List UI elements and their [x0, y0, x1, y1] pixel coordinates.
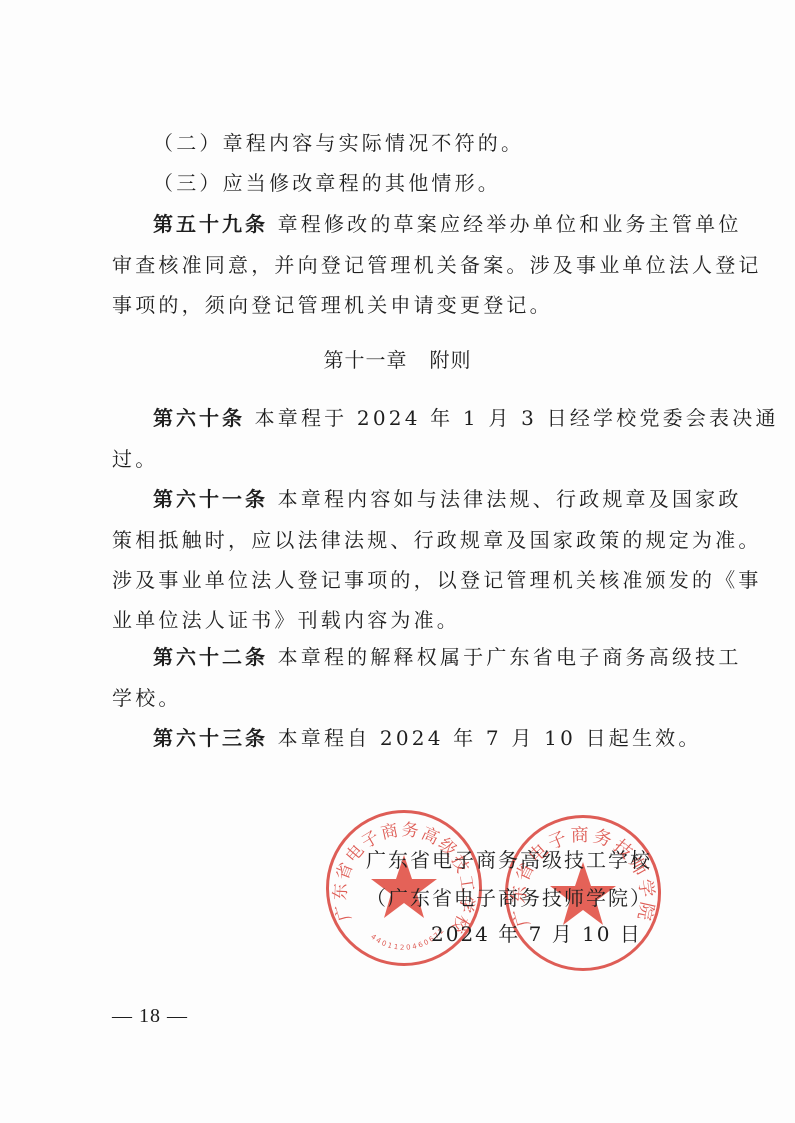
- article-62-line-1: 第六十二条 本章程的解释权属于广东省电子商务高级技工: [153, 643, 743, 671]
- article-63-line-1: 第六十三条 本章程自 2024 年 7 月 10 日起生效。: [153, 724, 743, 752]
- article-61-line-4: 业单位法人证书》刊载内容为准。: [112, 606, 702, 634]
- article-59-label: 第五十九条: [153, 212, 268, 236]
- article-59-line-2: 审查核准同意，并向登记管理机关备案。涉及事业单位法人登记: [112, 251, 702, 279]
- page-number: — 18 —: [112, 1005, 188, 1028]
- article-60-label: 第六十条: [153, 406, 245, 430]
- document-page: （二）章程内容与实际情况不符的。 （三）应当修改章程的其他情形。 第五十九条 章…: [0, 0, 795, 1123]
- clause-item-3: （三）应当修改章程的其他情形。: [153, 169, 743, 197]
- article-62-line-2: 学校。: [112, 684, 702, 712]
- article-61-line-1: 第六十一条 本章程内容如与法律法规、行政规章及国家政: [153, 485, 743, 513]
- article-59-line-3: 事项的，须向登记管理机关申请变更登记。: [112, 291, 702, 319]
- article-59-line-1: 第五十九条 章程修改的草案应经举办单位和业务主管单位: [153, 210, 743, 238]
- article-62-label: 第六十二条: [153, 645, 268, 669]
- article-61-label: 第六十一条: [153, 487, 268, 511]
- article-61-line-2: 策相抵触时，应以法律法规、行政规章及国家政策的规定为准。: [112, 526, 702, 554]
- signature-org-name: 广东省电子商务高级技工学校: [366, 846, 652, 874]
- signature-date: 2024 年 7 月 10 日: [431, 920, 642, 948]
- article-60-line-2: 过。: [112, 445, 702, 473]
- chapter-heading: 第十一章附则: [0, 346, 795, 374]
- article-61-line-3: 涉及事业单位法人登记事项的，以登记管理机关核准颁发的《事: [112, 566, 702, 594]
- article-60-line-1: 第六十条 本章程于 2024 年 1 月 3 日经学校党委会表决通: [153, 404, 743, 432]
- signature-org-alias: （广东省电子商务技师学院）: [366, 884, 652, 912]
- clause-item-2: （二）章程内容与实际情况不符的。: [153, 129, 743, 157]
- article-63-label: 第六十三条: [153, 726, 268, 750]
